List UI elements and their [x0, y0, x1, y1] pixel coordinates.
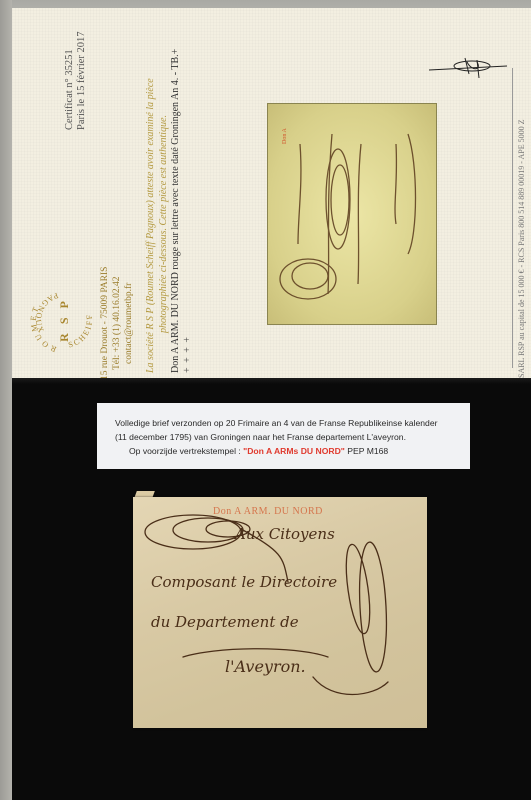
- label-line-1: Volledige brief verzonden op 20 Frimaire…: [115, 416, 460, 430]
- svg-text:Composant le Directoire: Composant le Directoire: [151, 573, 337, 591]
- certificate-address-email[interactable]: contact@roumetbp.fr: [124, 283, 134, 364]
- label-line-3-suffix: PEP M168: [345, 446, 388, 456]
- signature-icon: [427, 48, 517, 78]
- certificate-number: Certificat n° 35251: [64, 49, 75, 130]
- rsp-logo-icon: R S P ROUMET SCHEIFF PAGNOUX: [24, 280, 104, 360]
- certificate-address-phone: Tél: +33 (1) 40.16.02.42: [112, 277, 122, 370]
- certificate-description: Don A ARM. DU NORD rouge sur lettre avec…: [170, 49, 181, 373]
- historic-letter: Don A ARM. DU NORD Aux Citoyens Composan…: [133, 497, 427, 728]
- certificate-photo-handwriting: Don A: [268, 104, 436, 324]
- postmark-highlight: "Don A ARMs DU NORD": [243, 446, 345, 456]
- certificate-attestation-line-2: photographiée ci-dessous. Cette pièce es…: [158, 115, 169, 333]
- footer-divider: [512, 68, 513, 368]
- certificate-footer-legal: SARL RSP au capital de 15 000 € - RCS Pa…: [517, 119, 526, 378]
- svg-text:Don A: Don A: [282, 127, 288, 144]
- display-board-edge: [12, 378, 531, 384]
- svg-text:du Departement de: du Departement de: [151, 613, 299, 631]
- label-line-2: (11 december 1795) van Groningen naar he…: [115, 430, 460, 444]
- label-line-3: Op voorzijde vertrekstempel : "Don A ARM…: [115, 444, 460, 458]
- description-label-card: Volledige brief verzonden op 20 Frimaire…: [97, 403, 470, 469]
- svg-text:R S P: R S P: [57, 298, 71, 342]
- label-line-3-prefix: Op voorzijde vertrekstempel :: [129, 446, 243, 456]
- expert-certificate: R S P ROUMET SCHEIFF PAGNOUX 15 rue Drou…: [12, 8, 531, 380]
- letter-handwriting: Aux Citoyens Composant le Directoire du …: [133, 497, 427, 728]
- svg-text:PAGNOUX: PAGNOUX: [34, 291, 60, 336]
- certificate-date: Paris le 15 février 2017: [76, 31, 87, 130]
- certificate-address-street: 15 rue Drouot - 75009 PARIS: [100, 267, 110, 380]
- background-edge: [0, 0, 12, 800]
- certificate-photo: Don A: [267, 103, 437, 325]
- svg-text:SCHEIFF: SCHEIFF: [67, 312, 94, 349]
- certificate-attestation-line-1: La société R S P (Roumet Scheiff Pagnoux…: [145, 78, 156, 373]
- certificate-grade-marks: + + + +: [182, 336, 193, 373]
- svg-text:l'Aveyron.: l'Aveyron.: [225, 657, 306, 676]
- svg-text:Aux Citoyens: Aux Citoyens: [233, 525, 335, 543]
